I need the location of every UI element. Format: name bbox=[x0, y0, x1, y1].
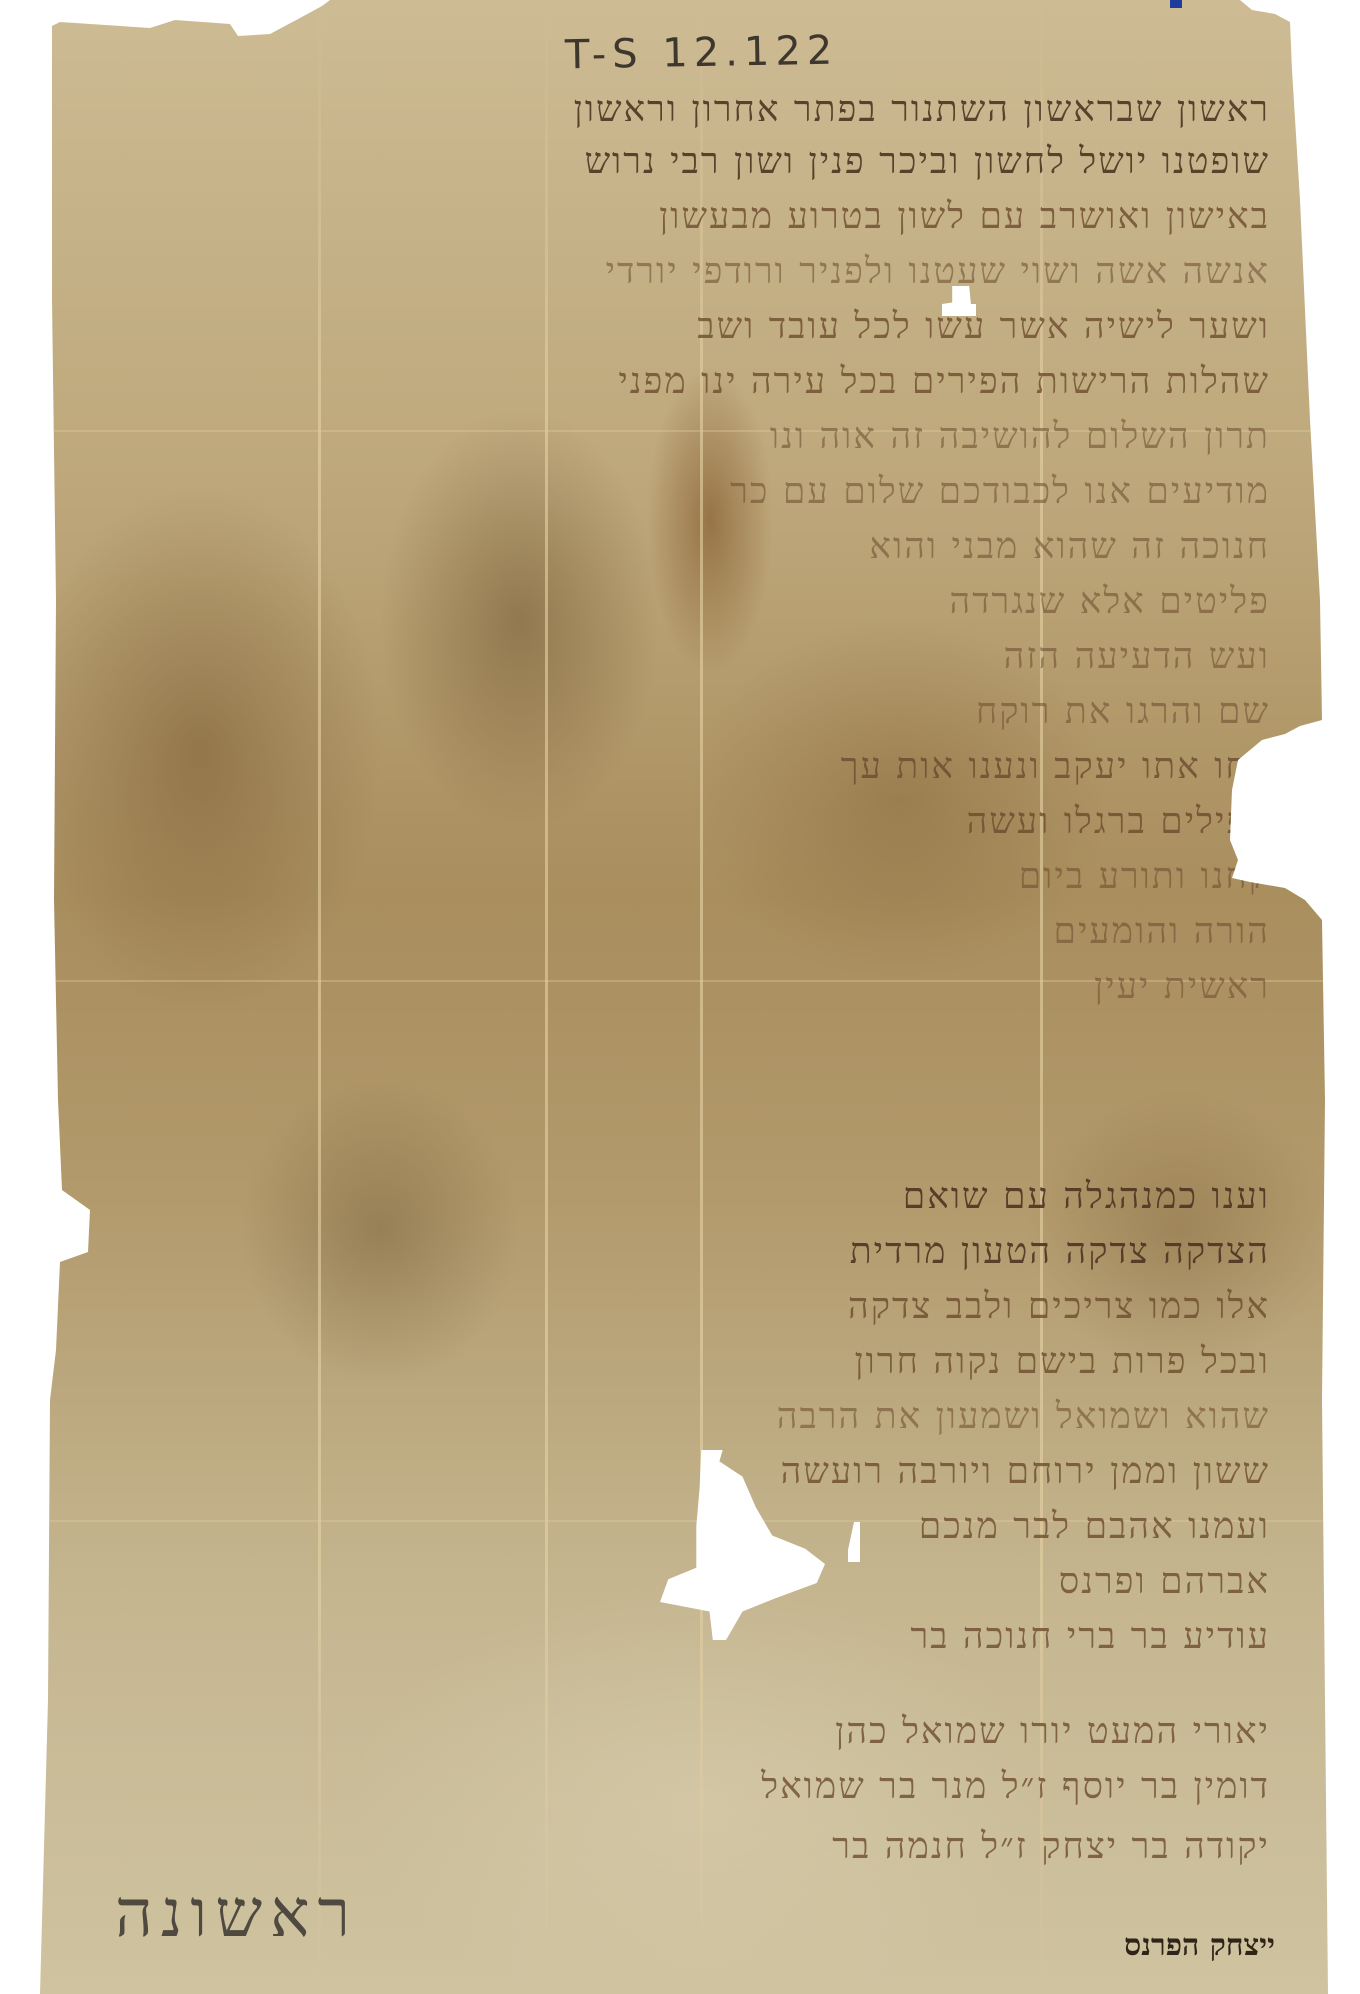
text-line: עודיע בר ברי חנוכה בר bbox=[910, 1615, 1270, 1657]
text-line: ששון וממן ירוחם ויורבה רועשה bbox=[781, 1450, 1270, 1492]
text-line: חנוכה זה שהוא מבני והוא bbox=[869, 525, 1270, 567]
text-line: תרון השלום להושיבה זה אוה ונו bbox=[770, 415, 1270, 457]
text-line: הצדקה צדקה הטעון מרדית bbox=[850, 1230, 1270, 1272]
text-line: אנשה אשה ושוי שעטנו ולפניר ורודפי יורדי bbox=[606, 250, 1270, 292]
text-line: ובכל פרות בישם נקוה חרון bbox=[855, 1340, 1271, 1382]
text-line: יאורי המעט יורו שמואל כהן bbox=[835, 1710, 1270, 1752]
text-line: שופטנו יושל לחשון וביכר פנין ושון רבי נר… bbox=[585, 140, 1270, 182]
text-line: ראשון שבראשון השתנור בפתר אחרון וראשון bbox=[574, 88, 1270, 130]
text-line: שהוא ושמואל ושמעון את הרבה bbox=[777, 1395, 1270, 1437]
text-line: דומין בר יוסף ז״ל מנר בר שמואל bbox=[761, 1765, 1270, 1807]
document-viewer: T-S 12.122 ראשון שבראשון השתנור בפתר אחר… bbox=[0, 0, 1360, 1994]
text-line: מודיעים אנו לכבודכם שלום עם כר bbox=[730, 470, 1270, 512]
fold-crease bbox=[1040, 0, 1043, 1994]
fold-crease bbox=[318, 0, 321, 1994]
fold-crease bbox=[545, 0, 548, 1994]
text-line: הפילים ברגלו ועשה bbox=[967, 800, 1270, 842]
text-line: אלו כמו צריכים ולבב צדקה bbox=[848, 1285, 1270, 1327]
text-line: שם והרגו את רוקח bbox=[976, 690, 1270, 732]
text-line: ושער לישיה אשר עשו לכל עובד ושב bbox=[697, 305, 1270, 347]
text-line: ראשית יעין bbox=[1094, 965, 1270, 1007]
edge-mark bbox=[1170, 0, 1182, 8]
parchment-fragment: T-S 12.122 ראשון שבראשון השתנור בפתר אחר… bbox=[0, 0, 1360, 1994]
margin-note: ראשונה bbox=[115, 1875, 358, 1953]
text-line: יקודה בר יצחק ז״ל חנמה בר bbox=[832, 1825, 1270, 1867]
text-line: פליטים אלא שנגרדה bbox=[949, 580, 1270, 622]
text-line: שהלות הרישות הפירים בכל עירה ינו מפני bbox=[618, 360, 1270, 402]
signature: ייצחק הפרנס bbox=[1124, 1928, 1275, 1963]
text-line: הורה והומעים bbox=[1054, 910, 1271, 952]
text-line: באישון ואושרב עם לשון בטרוע מבעשון bbox=[659, 195, 1270, 237]
text-line: קחנו ותורע ביום bbox=[1019, 855, 1270, 897]
text-line: אברהם ופרנס bbox=[1059, 1560, 1270, 1602]
fold-crease bbox=[700, 0, 703, 1994]
shelfmark-label: T-S 12.122 bbox=[565, 28, 839, 79]
text-line: וענו כמנהגלה עם שואם bbox=[903, 1175, 1270, 1217]
text-line: ועש הדעיעה הזה bbox=[1004, 635, 1270, 677]
text-line: קחו אתו יעקב ונענו אות עך bbox=[841, 745, 1270, 787]
text-line: ועמנו אהבם לבר מנכם bbox=[919, 1505, 1270, 1547]
